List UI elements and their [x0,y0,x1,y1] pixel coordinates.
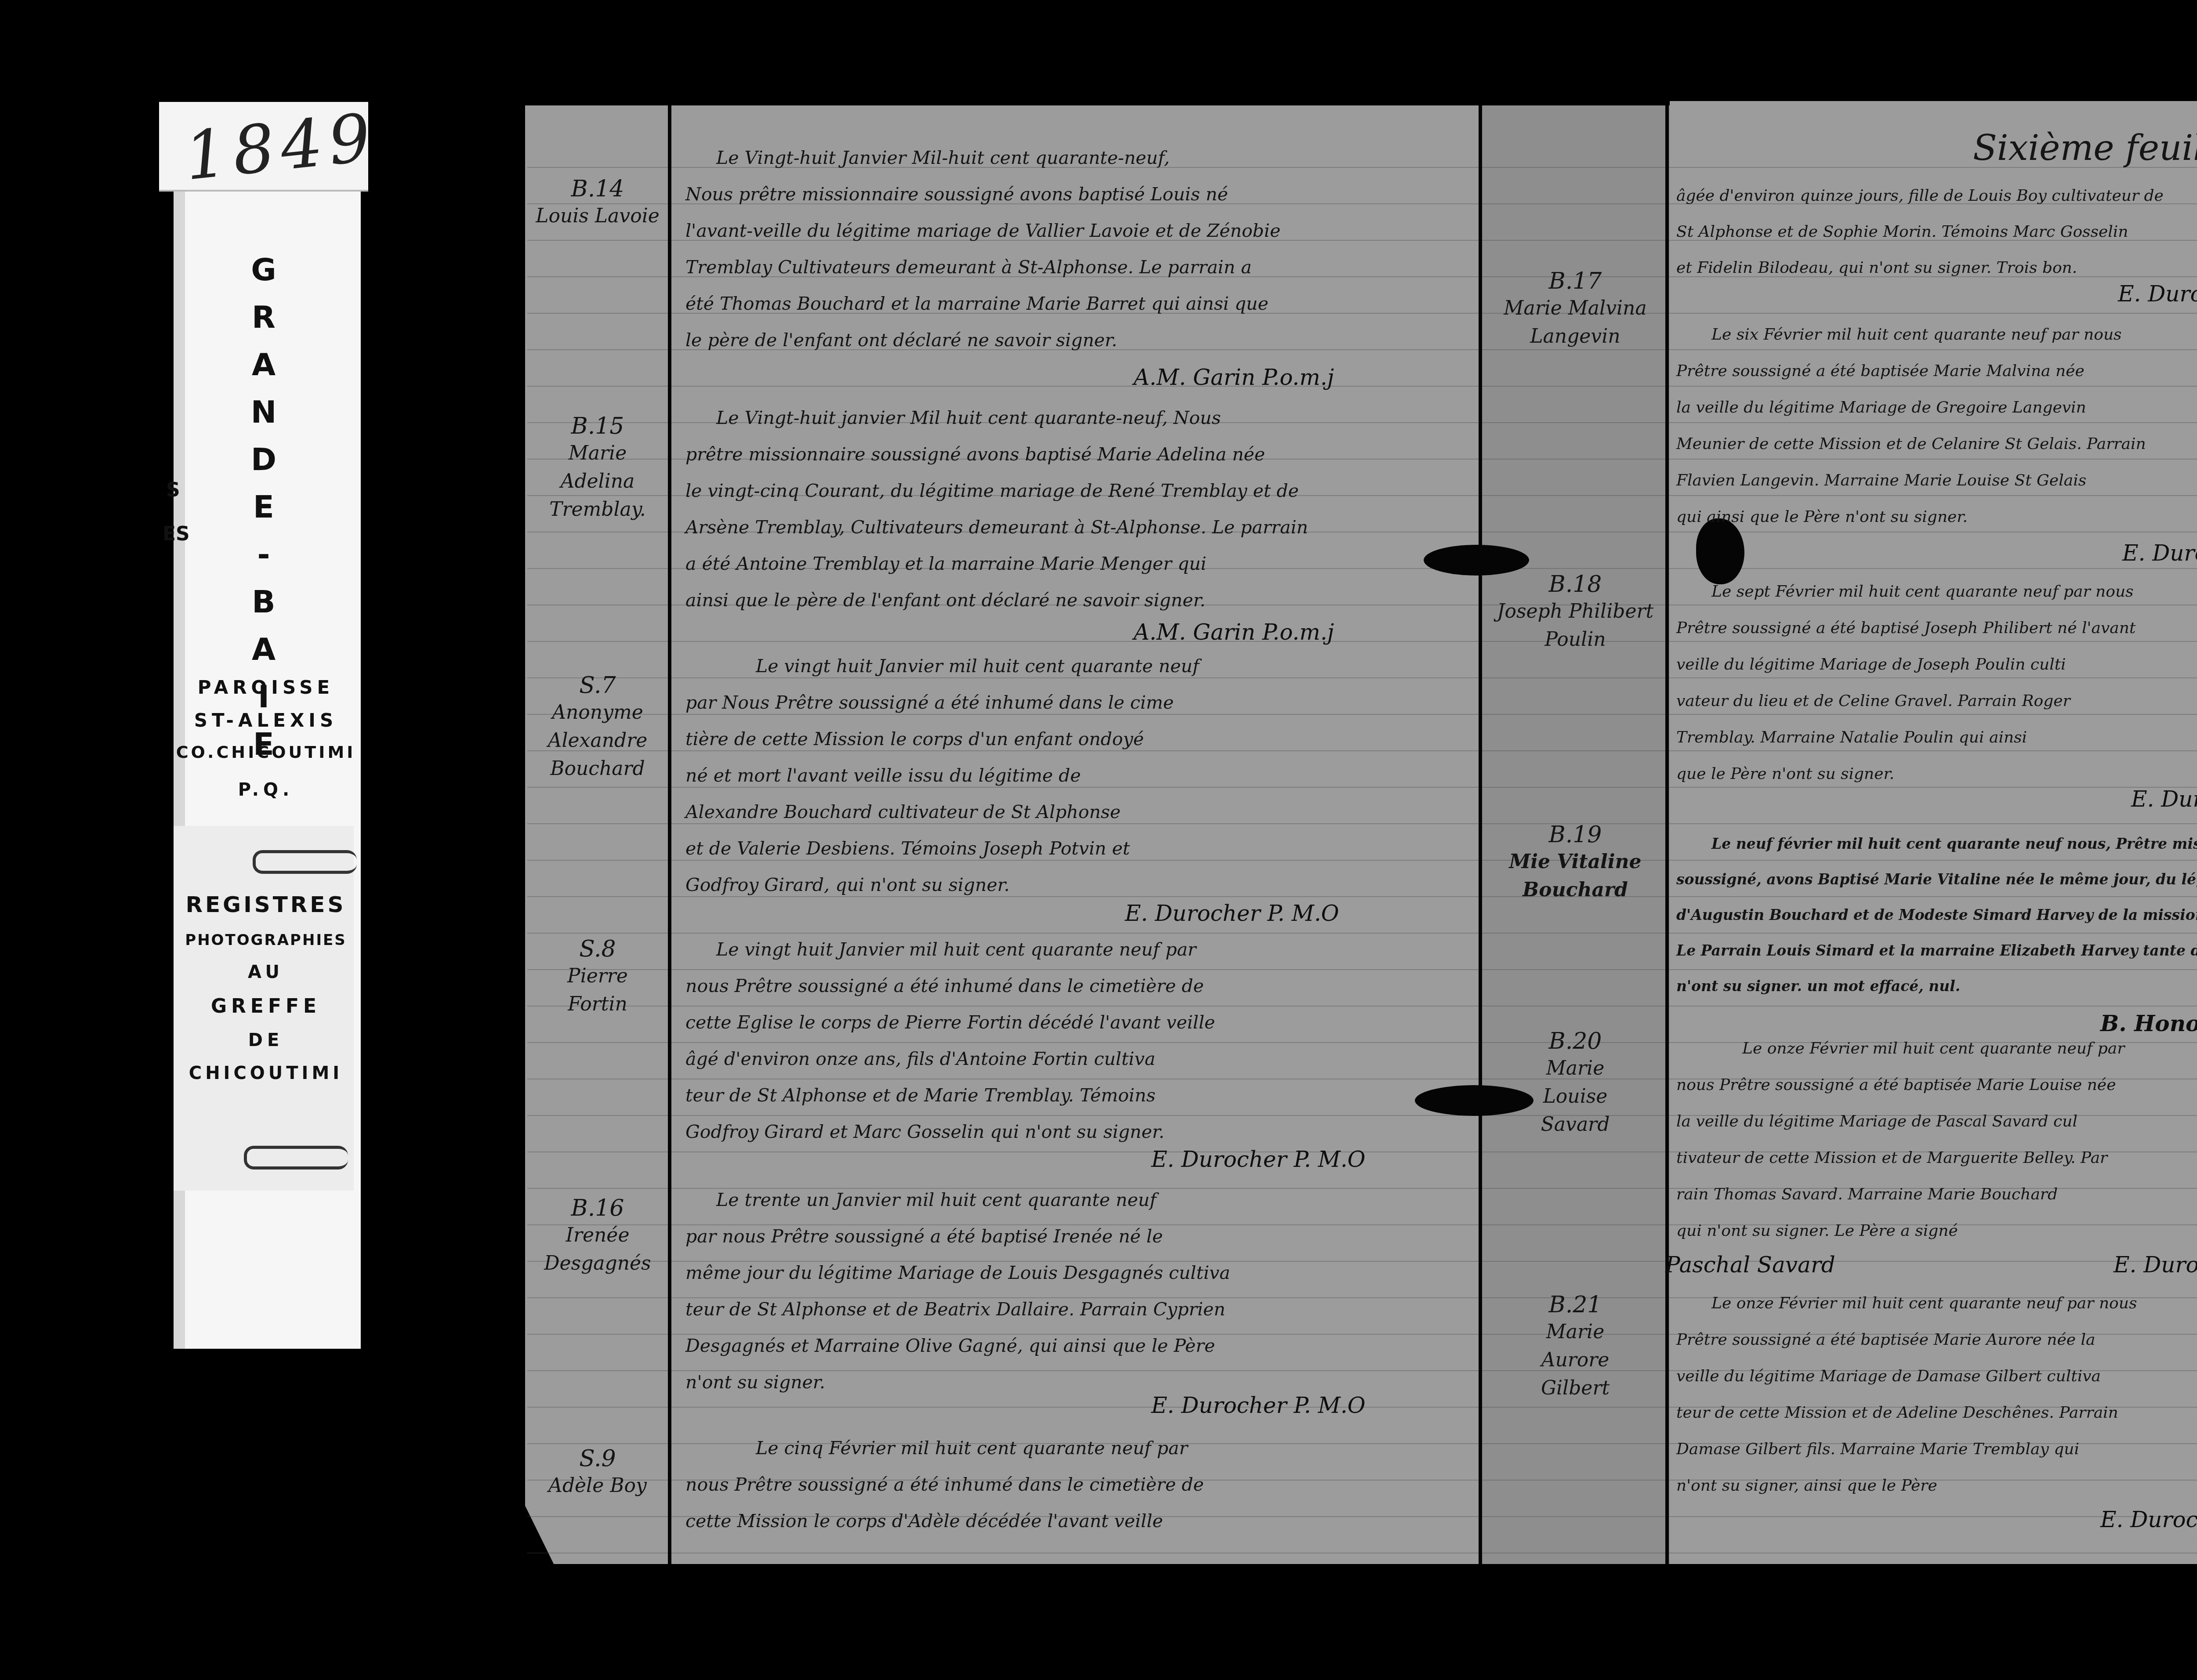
paper-clip-icon [253,850,357,874]
ruled-line [1481,1261,2197,1262]
margin-entry: B.17 Marie Malvina Langevin [1487,268,1663,351]
record-entry: Le vingt huit Janvier mil huit cent quar… [685,648,1199,903]
margin-entry: B.21 Marie Aurore Gilbert [1487,1292,1663,1402]
left-margin-divider [668,105,671,1564]
margin-entry: B.20 Marie Louise Savard [1487,1028,1663,1139]
record-entry: Le trente un Janvier mil huit cent quara… [685,1182,1230,1401]
record-entry: Le cinq Février mil huit cent quarante n… [685,1430,1204,1539]
ruled-line [1481,1516,2197,1517]
margin-entry: S.8 Pierre Fortin [532,936,663,1018]
gutter-divider [1479,105,1482,1564]
folio-heading: Sixième feuillet [1973,127,2197,168]
father-signature: Paschal Savard [1665,1252,1835,1278]
ruled-line [1481,568,2197,569]
record-entry: Le onze Février mil huit cent quarante n… [1676,1285,2137,1504]
record-entry: âgée d'environ quinze jours, fille de Lo… [1676,178,2164,286]
margin-entry: S.9 Adèle Boy [532,1445,663,1500]
record-entry: Le onze Février mil huit cent quarante n… [1676,1030,2124,1249]
margin-entry: B.15 Marie Adelina Tremblay. [532,413,663,524]
ruled-line [1481,1006,2197,1007]
edge-fragment: ES [163,523,190,545]
margin-entry: B.19 Mie Vitaline Bouchard [1487,822,1663,904]
margin-entry: B.14 Louis Lavoie [532,176,663,230]
registry-line: REGISTRES [174,892,358,917]
priest-signature: E. Durocher P. M.O [2122,540,2197,566]
record-entry: Le Vingt-huit janvier Mil huit cent quar… [685,400,1308,619]
parish-line: ST-ALEXIS [174,710,358,731]
priest-signature: E. Durocher P. M.O [1151,1147,1366,1172]
record-entry: Le Vingt-huit Janvier Mil-huit cent quar… [685,140,1280,358]
registry-line: PHOTOGRAPHIES [174,931,358,949]
registry-line: GREFFE [174,995,358,1017]
parish-line: P.Q. [174,780,358,800]
priest-signature: E. Durocher P. M.O [1151,1393,1366,1418]
parish-line: CO.CHICOUTIMI [174,742,358,762]
record-entry: Le sept Février mil huit cent quarante n… [1676,573,2135,792]
record-entry: Le neuf février mil huit cent quarante n… [1676,826,2197,1004]
registry-line: CHICOUTIMI [174,1063,358,1083]
edge-fragment: S [166,479,180,501]
paper-clip-icon [244,1146,348,1169]
registry-line: AU [174,962,358,982]
ruled-line [1481,1553,2197,1553]
margin-entry: S.7 Anonyme Alexandre Bouchard [532,672,663,783]
priest-signature: A.M. Garin P.o.m.j [1134,365,1334,390]
priest-signature: E. Durocher P. M.O [2131,786,2197,812]
record-entry: Le vingt huit Janvier mil huit cent quar… [685,931,1215,1150]
margin-entry: B.16 Irenée Desgagnés [532,1195,663,1278]
priest-signature: A.M. Garin P.o.m.j [1134,619,1334,645]
right-margin-divider [1665,105,1669,1564]
priest-signature: E. Durocher P. M.O [2118,281,2197,307]
priest-signature: E. Durocher P. M.O [2100,1507,2197,1532]
record-entry: Le six Février mil huit cent quarante ne… [1676,316,2146,535]
registry-line: DE [174,1030,358,1050]
priest-signature: E. Durocher P. M.O [1125,901,1339,926]
parish-line: PAROISSE [174,677,358,698]
margin-entry: B.18 Joseph Philibert Poulin [1487,571,1663,654]
priest-signature: E. Durocher P. M.O [2114,1252,2197,1278]
